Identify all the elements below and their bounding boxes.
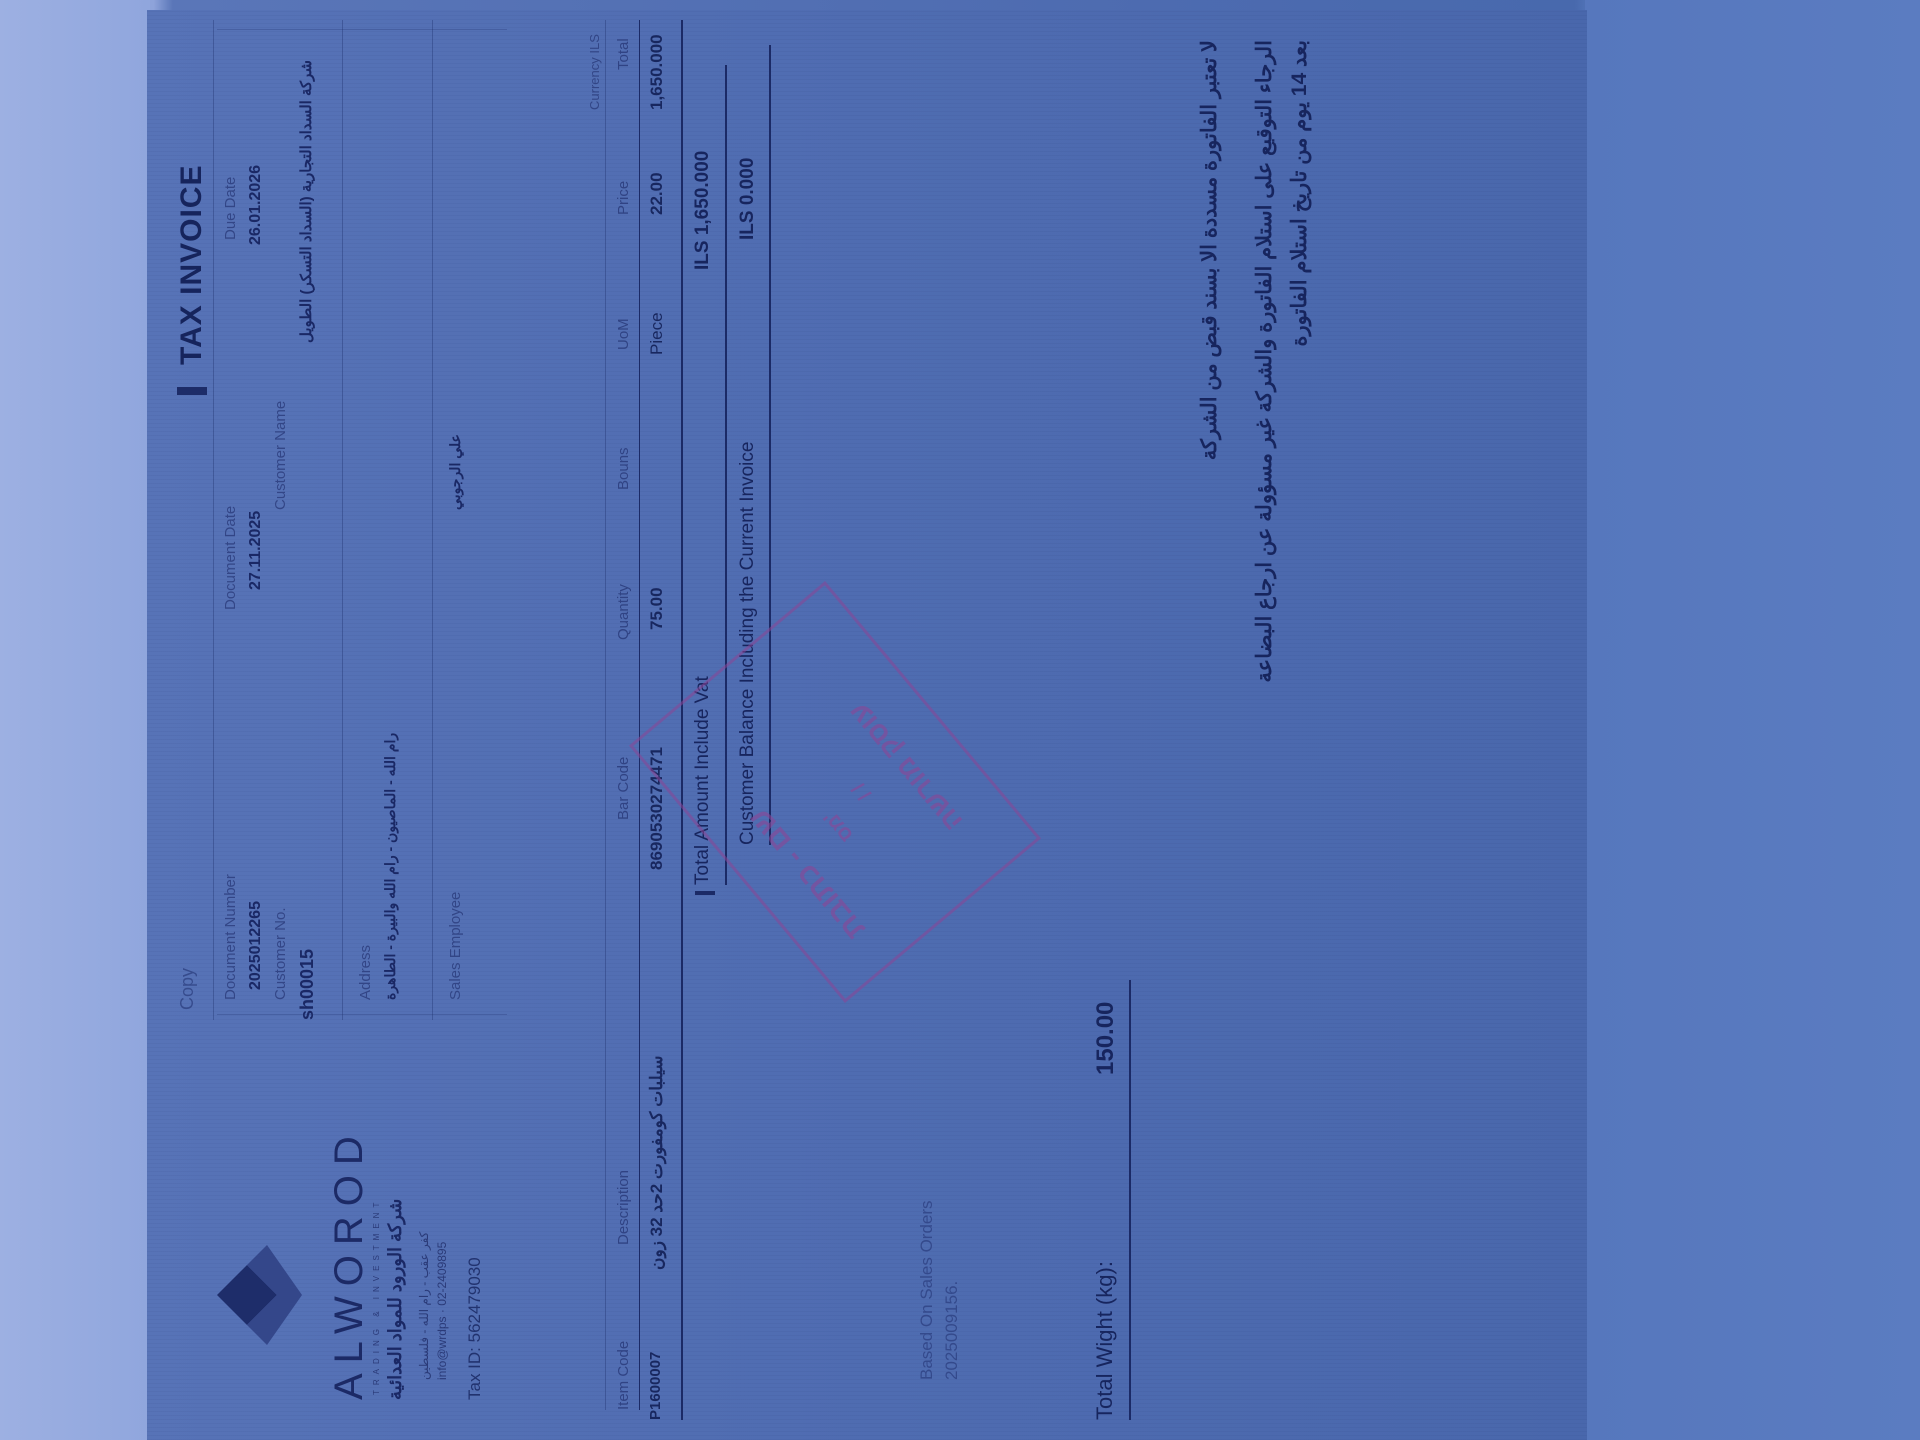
title-bar-mark	[177, 387, 207, 395]
header-border-right	[217, 29, 507, 30]
document-date-label: Document Date	[222, 506, 239, 610]
customer-no: sh00015	[297, 949, 318, 1020]
alworod-logo-icon	[197, 1240, 307, 1360]
total-weight-label: Total Wight (kg):	[1092, 1261, 1118, 1420]
based-on-value: 2025009156.	[942, 1281, 962, 1380]
table-header-rule	[639, 20, 640, 1410]
address: رام الله - الماصيون - رام الله والبيرة -…	[382, 400, 399, 1000]
table-surface-left	[0, 0, 150, 1440]
due-date-label: Due Date	[222, 177, 239, 240]
due-date: 26.01.2026	[247, 165, 265, 245]
header-border-left	[217, 1014, 507, 1015]
based-on-label: Based On Sales Orders	[917, 1200, 937, 1380]
stamp-line-4: עוסק מורשה	[843, 696, 969, 837]
table-top-rule	[605, 20, 606, 1410]
currency-label: Currency ILS	[587, 34, 602, 110]
invoice-paper: Copy TAX INVOICE Document Number 2025012…	[147, 10, 1587, 1440]
company-name-ar: شركة الورود للمواد العدائية	[385, 1100, 406, 1400]
sales-employee: علي الرجوبي	[447, 434, 464, 510]
col-quantity: Quantity	[615, 584, 632, 640]
company-contact: info@wrdps · 02-2409895	[435, 1242, 449, 1380]
col-item-code: Item Code	[615, 1341, 632, 1410]
stamp-line-2: מס'	[820, 805, 859, 845]
customer-divider	[342, 20, 343, 1020]
cell-uom: Piece	[647, 312, 667, 355]
col-bar-code: Bar Code	[615, 757, 632, 820]
total-weight-value: 150.00	[1092, 1002, 1120, 1075]
col-bouns: Bouns	[615, 447, 632, 490]
logo-tagline: TRADING & INVESTMENT	[372, 1198, 381, 1395]
cell-item-code: P1600007	[647, 1352, 664, 1420]
document-number: 2025012265	[247, 901, 265, 990]
table-surface-right	[1585, 0, 1920, 1440]
cell-description: سيلبات كومفورت 2حد 32 زون	[647, 940, 667, 1270]
total-amount-value: ILS 1,650.000	[692, 151, 714, 270]
address-divider	[432, 20, 433, 1020]
customer-balance-value: ILS 0.000	[737, 158, 759, 240]
col-uom: UoM	[615, 318, 632, 350]
stamp-line-1: שם - כתובת	[743, 801, 872, 946]
note-line-1: لا تعتبر الفاتورة مسددة الا بسند قبض من …	[1197, 40, 1222, 760]
cell-price: 22.00	[647, 172, 667, 215]
customer-name: شركة السداد التجارية (السداد التسكر) الط…	[297, 60, 315, 620]
document-number-label: Document Number	[222, 874, 239, 1000]
stamp-line-3: / /	[848, 777, 876, 805]
cell-total: 1,650.000	[647, 34, 667, 110]
document-date: 27.11.2025	[247, 511, 265, 590]
customer-no-label: Customer No.	[272, 907, 289, 1000]
logo-wordmark: ALWOROD	[327, 1126, 372, 1400]
customer-name-label: Customer Name	[272, 401, 289, 510]
note-line-3: بعد 14 يوم من تاريخ استلام الفاتورة	[1287, 40, 1312, 440]
copy-label: Copy	[177, 968, 198, 1010]
company-tax-id: Tax ID: 562479030	[465, 1257, 485, 1400]
note-line-2: الرجاء التوقيع على استلام الفاتورة والشر…	[1252, 40, 1277, 1010]
total-weight-rule	[1129, 980, 1131, 1420]
col-total: Total	[615, 38, 632, 70]
col-description: Description	[615, 1170, 632, 1245]
col-price: Price	[615, 181, 632, 215]
address-label: Address	[357, 945, 374, 1000]
cell-quantity: 75.00	[647, 587, 667, 630]
sales-employee-label: Sales Employee	[447, 892, 464, 1000]
header-divider	[213, 20, 214, 1020]
totals-mark	[695, 891, 715, 895]
company-address-ar: كفر عقب - رام الله - فلسطين	[417, 1120, 431, 1380]
company-stamp: שם - כתובת מס' / / עוסק מורשה	[629, 581, 1041, 1003]
page-title: TAX INVOICE	[175, 165, 209, 365]
